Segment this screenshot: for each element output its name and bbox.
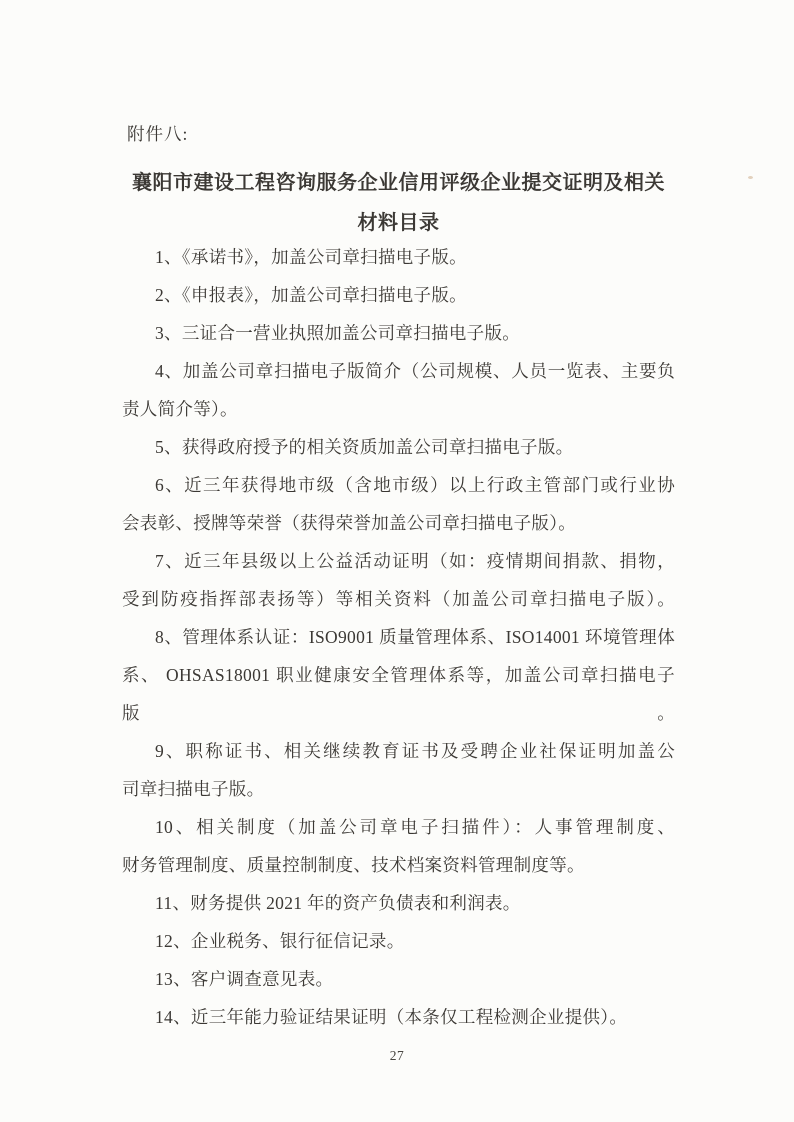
list-item-8-cont: 系、 OHSAS18001 职业健康安全管理体系等，加盖公司章扫描电子版。 — [122, 656, 675, 732]
list-item-5: 5、获得政府授予的相关资质加盖公司章扫描电子版。 — [122, 428, 675, 466]
page-number: 27 — [0, 1048, 794, 1064]
list-item-1: 1、《承诺书》，加盖公司章扫描电子版。 — [122, 238, 675, 276]
list-item-3: 3、三证合一营业执照加盖公司章扫描电子版。 — [122, 314, 675, 352]
list-item-9: 9、职称证书、相关继续教育证书及受聘企业社保证明加盖公 — [122, 732, 675, 770]
list-item-8: 8、管理体系认证：ISO9001 质量管理体系、ISO14001 环境管理体 — [122, 618, 675, 656]
list-item-10: 10、相关制度（加盖公司章电子扫描件）：人事管理制度、 — [122, 808, 675, 846]
list-item-4-cont: 责人简介等）。 — [122, 390, 675, 428]
list-item-12: 12、企业税务、银行征信记录。 — [122, 922, 675, 960]
list-item-7: 7、近三年县级以上公益活动证明（如：疫情期间捐款、捐物， — [122, 542, 675, 580]
list-item-13: 13、客户调查意见表。 — [122, 960, 675, 998]
document-content: 附件八: 襄阳市建设工程咨询服务企业信用评级企业提交证明及相关 材料目录 1、《… — [122, 0, 675, 1036]
list-item-4: 4、加盖公司章扫描电子版简介（公司规模、人员一览表、主要负 — [122, 352, 675, 390]
list-item-7-cont: 受到防疫指挥部表扬等）等相关资料（加盖公司章扫描电子版）。 — [122, 580, 675, 618]
list-item-10-cont: 财务管理制度、质量控制制度、技术档案资料管理制度等。 — [122, 846, 675, 884]
list-item-6: 6、近三年获得地市级（含地市级）以上行政主管部门或行业协 — [122, 466, 675, 504]
document-page: 附件八: 襄阳市建设工程咨询服务企业信用评级企业提交证明及相关 材料目录 1、《… — [0, 0, 794, 1122]
scan-artifact — [748, 176, 753, 179]
list-item-11: 11、财务提供 2021 年的资产负债表和利润表。 — [122, 884, 675, 922]
list-item-14: 14、近三年能力验证结果证明（本条仅工程检测企业提供）。 — [122, 998, 675, 1036]
attachment-label: 附件八: — [127, 121, 675, 147]
document-title: 襄阳市建设工程咨询服务企业信用评级企业提交证明及相关 材料目录 — [122, 163, 675, 243]
document-title-line-1: 襄阳市建设工程咨询服务企业信用评级企业提交证明及相关 — [122, 163, 675, 203]
document-title-line-2: 材料目录 — [122, 203, 675, 243]
material-list: 1、《承诺书》，加盖公司章扫描电子版。 2、《申报表》，加盖公司章扫描电子版。 … — [122, 238, 675, 1036]
list-item-6-cont: 会表彰、授牌等荣誉（获得荣誉加盖公司章扫描电子版）。 — [122, 504, 675, 542]
list-item-9-cont: 司章扫描电子版。 — [122, 770, 675, 808]
list-item-2: 2、《申报表》，加盖公司章扫描电子版。 — [122, 276, 675, 314]
